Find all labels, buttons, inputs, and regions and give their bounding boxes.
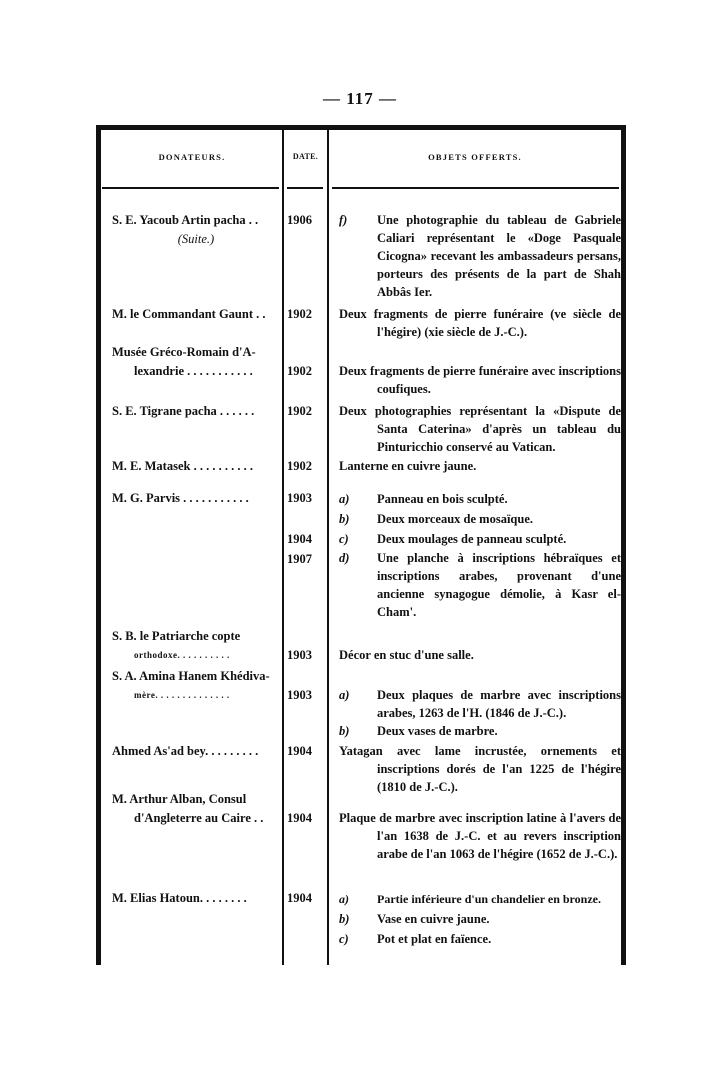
donation-date: 1902	[287, 305, 325, 324]
list-item: c)Pot et plat en faïence.	[339, 929, 621, 949]
header-date: DATE.	[284, 152, 327, 161]
donor-name: M. le Commandant Gaunt . .	[112, 305, 280, 324]
header-rule-objects	[332, 187, 619, 189]
donated-object: Deux fragments de pierre funéraire avec …	[339, 362, 621, 398]
donor-name: Ahmed As'ad bey. . . . . . . . .	[112, 742, 280, 761]
list-item: b)Vase en cuivre jaune.	[339, 909, 621, 929]
donor-name: M. Arthur Alban, Consul d'Angleterre au …	[112, 790, 280, 828]
donation-date: 1904	[287, 809, 325, 828]
donor-name: S. E. Yacoub Artin pacha . . (Suite.)	[112, 211, 280, 249]
donated-object: Deux fragments de pierre funéraire (ve s…	[339, 305, 621, 341]
list-item: a)Deux plaques de marbre avec inscriptio…	[339, 686, 621, 722]
donated-object: Yatagan avec lame incrustée, ornements e…	[339, 742, 621, 796]
donation-date: 1903	[287, 489, 325, 508]
donated-object: Plaque de marbre avec inscription latine…	[339, 809, 621, 863]
header-rule-date	[287, 187, 323, 189]
donor-name: M. G. Parvis . . . . . . . . . . .	[112, 489, 280, 508]
donated-object: f)Une photographie du tableau de Gabriel…	[339, 211, 621, 301]
donation-date: 1904	[287, 530, 325, 549]
donation-date: 1904	[287, 742, 325, 761]
column-divider-objects	[327, 130, 329, 965]
page-number: — 117 —	[0, 89, 720, 109]
list-item: a)Panneau en bois sculpté.	[339, 489, 621, 509]
list-item: d)Une planche à inscriptions hébraïques …	[339, 549, 621, 621]
donated-object: Lanterne en cuivre jaune.	[339, 457, 621, 475]
list-item: a)Partie inférieure d'un chandelier en b…	[339, 889, 621, 909]
donation-date: 1904	[287, 889, 325, 908]
donation-date: 1902	[287, 457, 325, 476]
donation-date: 1903	[287, 646, 325, 665]
header-donors: DONATEURS.	[102, 152, 282, 162]
donation-date: 1902	[287, 362, 325, 381]
donor-name: S. E. Tigrane pacha . . . . . .	[112, 402, 280, 421]
list-item: b)Deux vases de marbre.	[339, 722, 621, 740]
donated-object: Décor en stuc d'une salle.	[339, 646, 621, 664]
donor-name: S. A. Amina Hanem Khédiva- mère. . . . .…	[112, 667, 280, 705]
column-divider-date	[282, 130, 284, 965]
donated-object-list: a)Deux plaques de marbre avec inscriptio…	[339, 686, 621, 740]
list-item: b)Deux morceaux de mosaïque.	[339, 509, 621, 529]
donor-name: S. B. le Patriarche copte orthodoxe. . .…	[112, 627, 280, 665]
donor-name: Musée Gréco-Romain d'A- lexandrie . . . …	[112, 343, 280, 381]
donor-name: M. Elias Hatoun. . . . . . . .	[112, 889, 280, 908]
donated-object-list: a)Partie inférieure d'un chandelier en b…	[339, 889, 621, 949]
donor-name: M. E. Matasek . . . . . . . . . .	[112, 457, 280, 476]
donation-date: 1907	[287, 550, 325, 569]
donation-date: 1903	[287, 686, 325, 705]
header-rule-donors	[102, 187, 279, 189]
list-item: c)Deux moulages de panneau sculpté.	[339, 529, 621, 549]
donated-object-list: a)Panneau en bois sculpté. b)Deux morcea…	[339, 489, 621, 621]
donation-date: 1902	[287, 402, 325, 421]
header-objects: OBJETS OFFERTS.	[330, 152, 620, 162]
donation-date: 1906	[287, 211, 325, 230]
donated-object: Deux photographies représentant la «Disp…	[339, 402, 621, 456]
